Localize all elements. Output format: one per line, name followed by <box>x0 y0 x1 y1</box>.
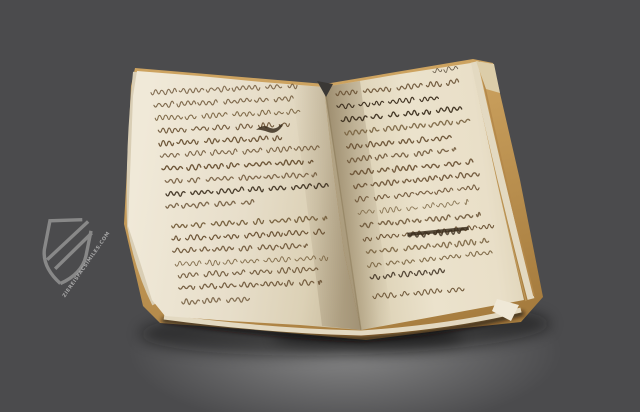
photo-backdrop: ZIEREISFACSIMILES.COM <box>0 0 640 412</box>
watermark-logo: ZIEREISFACSIMILES.COM <box>34 206 154 321</box>
